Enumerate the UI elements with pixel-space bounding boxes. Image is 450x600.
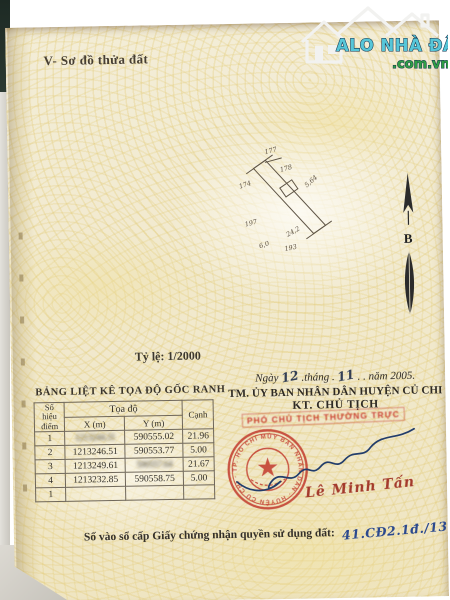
alo-nha-dat-watermark: ALO NHÀ ĐẤT .com.vn	[296, 2, 448, 74]
sketch-label: 24,2	[284, 225, 301, 240]
x-coordinate: 1213232.85	[66, 472, 126, 487]
edge-length: 21.67	[183, 457, 214, 472]
coordinate-table: Số hiệu điểm Tọa độ Cạnh X (m) Y (m) 1 1	[34, 399, 216, 502]
x-coordinate	[66, 486, 126, 501]
x-coordinate: 1213244.31	[65, 430, 125, 445]
sketch-label: 174	[238, 179, 252, 191]
point-number: 3	[35, 459, 66, 474]
sketch-label: 5,64	[303, 174, 319, 190]
north-label: B	[404, 231, 413, 246]
sketch-label: 6,0	[258, 239, 270, 250]
signing-block: Ngày 12 .tháng . 11 . . năm 2005. TM. ỦY…	[215, 364, 450, 413]
logo-domain: .com.vn	[392, 57, 448, 72]
north-arrow-head	[403, 173, 414, 213]
y-coordinate: 590555.02	[125, 429, 183, 444]
sketch-label: 177	[264, 145, 279, 156]
x-coordinate: 1213246.51	[65, 444, 125, 459]
point-number: 4	[35, 473, 66, 488]
certificate-page: V- Sơ đồ thửa đất 177 178 174 5,64	[5, 20, 449, 600]
sketch-label: 178	[279, 163, 293, 174]
col-header-y: Y (m)	[124, 415, 182, 430]
date-prefix: Ngày	[255, 372, 278, 384]
x-coordinate: 1213249.61	[65, 458, 125, 473]
edge-length: 5.00	[184, 471, 215, 486]
date-suffix: . . năm 2005.	[357, 370, 415, 383]
edge-length: 5.00	[183, 443, 214, 458]
date-mid: .tháng .	[301, 371, 335, 384]
y-coordinate	[126, 485, 184, 500]
registry-line: Số vào sổ cấp Giấy chứng nhận quyền sử d…	[84, 522, 444, 543]
point-number: 2	[35, 445, 66, 460]
sketch-label: 197	[244, 217, 259, 228]
edge-length: 21.96	[183, 429, 214, 444]
y-coordinate: 590558.75	[125, 471, 183, 486]
edge-length	[184, 485, 215, 500]
date-line: Ngày 12 .tháng . 11 . . năm 2005.	[215, 366, 450, 385]
coordinate-row: 1	[36, 485, 215, 502]
registry-number-handwritten: 41.CĐ2.1đ./13	[341, 519, 448, 543]
col-header-point: Số hiệu điểm	[34, 402, 65, 432]
scale-label: Tỷ lệ: 1/2000	[135, 348, 201, 364]
registry-label: Số vào sổ cấp Giấy chứng nhận quyền sử d…	[84, 527, 335, 543]
handwritten-month: 11	[336, 366, 356, 384]
document-photo: V- Sơ đồ thửa đất 177 178 174 5,64	[0, 0, 450, 600]
sketch-label: 193	[284, 243, 298, 253]
y-coordinate: 590557.64	[125, 457, 183, 472]
coordinate-table-title: BẢNG LIỆT KÊ TỌA ĐỘ GỐC RANH	[35, 384, 225, 398]
point-number: 1	[35, 431, 66, 446]
north-arrow: B	[392, 170, 431, 321]
col-header-x: X (m)	[65, 416, 125, 431]
logo-text: ALO NHÀ ĐẤT	[336, 34, 448, 55]
y-coordinate: 590553.77	[125, 443, 183, 458]
col-header-edge: Cạnh	[182, 400, 213, 430]
handwritten-day: 12	[280, 367, 300, 385]
parcel-sketch: 177 178 174 5,64 197 24,2 6,0 193	[232, 144, 349, 266]
section-title: V- Sơ đồ thửa đất	[43, 51, 148, 69]
point-number: 1	[36, 487, 67, 502]
